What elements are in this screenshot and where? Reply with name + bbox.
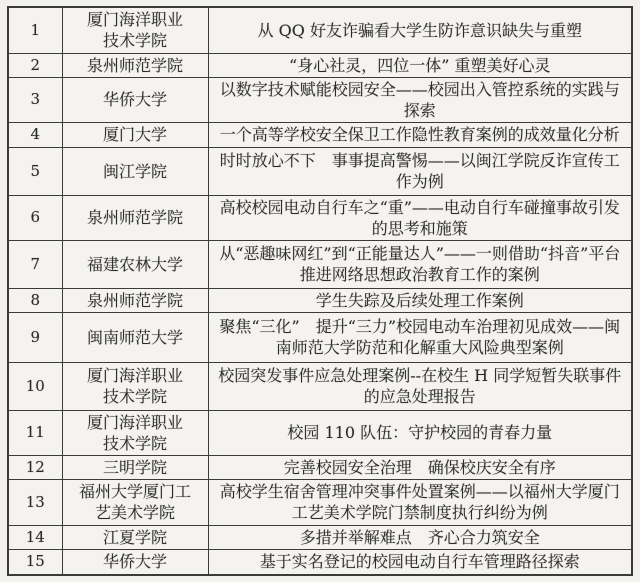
school-name: 厦门大学 — [62, 122, 208, 147]
document-page: 1 厦门海洋职业 技术学院 从 QQ 好友诈骗看大学生防诈意识缺失与重塑 2 泉… — [0, 0, 640, 582]
case-title: 校园突发事件应急处理案例--在校生 H 同学短暂失联事件的应急处理报告 — [208, 362, 632, 410]
row-number: 15 — [8, 549, 62, 575]
row-number: 1 — [8, 7, 62, 53]
row-number: 11 — [8, 410, 62, 455]
school-name: 华侨大学 — [62, 77, 208, 122]
table-row: 10 厦门海洋职业 技术学院 校园突发事件应急处理案例--在校生 H 同学短暂失… — [8, 362, 632, 410]
table-row: 5 闽江学院 时时放心不下 事事提高警惕——以闽江学院反诈宣传工作为例 — [8, 147, 632, 195]
table-row: 2 泉州师范学院 “身心社灵，四位一体” 重塑美好心灵 — [8, 53, 632, 77]
row-number: 10 — [8, 362, 62, 410]
case-title: “身心社灵，四位一体” 重塑美好心灵 — [208, 53, 632, 77]
case-title: 以数字技术赋能校园安全——校园出入管控系统的实践与探索 — [208, 77, 632, 122]
row-number: 2 — [8, 53, 62, 77]
case-list-table: 1 厦门海洋职业 技术学院 从 QQ 好友诈骗看大学生防诈意识缺失与重塑 2 泉… — [7, 6, 633, 576]
school-name: 江夏学院 — [62, 525, 208, 549]
row-number: 12 — [8, 455, 62, 479]
row-number: 4 — [8, 122, 62, 147]
school-name: 泉州师范学院 — [62, 53, 208, 77]
table-row: 9 闽南师范大学 聚焦“三化” 提升“三力”校园电动车治理初见成效——闽南师范大… — [8, 312, 632, 362]
school-name: 福州大学厦门工 艺美术学院 — [62, 479, 208, 525]
case-title: 高校学生宿舍管理冲突事件处置案例——以福州大学厦门工艺美术学院门禁制度执行纠纷为… — [208, 479, 632, 525]
case-title: 高校校园电动自行车之“重”——电动自行车碰撞事故引发的思考和施策 — [208, 195, 632, 240]
school-name: 闽南师范大学 — [62, 312, 208, 362]
case-title: 从 QQ 好友诈骗看大学生防诈意识缺失与重塑 — [208, 7, 632, 53]
table-row: 4 厦门大学 一个高等学校安全保卫工作隐性教育案例的成效量化分析 — [8, 122, 632, 147]
table-row: 1 厦门海洋职业 技术学院 从 QQ 好友诈骗看大学生防诈意识缺失与重塑 — [8, 7, 632, 53]
row-number: 14 — [8, 525, 62, 549]
school-name: 泉州师范学院 — [62, 195, 208, 240]
case-title: 完善校园安全治理 确保校庆安全有序 — [208, 455, 632, 479]
row-number: 7 — [8, 240, 62, 288]
case-title: 一个高等学校安全保卫工作隐性教育案例的成效量化分析 — [208, 122, 632, 147]
table-row: 12 三明学院 完善校园安全治理 确保校庆安全有序 — [8, 455, 632, 479]
case-title: 基于实名登记的校园电动自行车管理路径探索 — [208, 549, 632, 575]
school-name: 厦门海洋职业 技术学院 — [62, 7, 208, 53]
table-row: 3 华侨大学 以数字技术赋能校园安全——校园出入管控系统的实践与探索 — [8, 77, 632, 122]
school-name: 泉州师范学院 — [62, 288, 208, 312]
school-name: 厦门海洋职业 技术学院 — [62, 410, 208, 455]
row-number: 6 — [8, 195, 62, 240]
row-number: 13 — [8, 479, 62, 525]
school-name: 华侨大学 — [62, 549, 208, 575]
table-row: 13 福州大学厦门工 艺美术学院 高校学生宿舍管理冲突事件处置案例——以福州大学… — [8, 479, 632, 525]
case-title: 时时放心不下 事事提高警惕——以闽江学院反诈宣传工作为例 — [208, 147, 632, 195]
school-name: 福建农林大学 — [62, 240, 208, 288]
table-row: 15 华侨大学 基于实名登记的校园电动自行车管理路径探索 — [8, 549, 632, 575]
row-number: 8 — [8, 288, 62, 312]
table-row: 7 福建农林大学 从“恶趣味网红”到“正能量达人”——一则借助“抖音”平台推进网… — [8, 240, 632, 288]
school-name: 厦门海洋职业 技术学院 — [62, 362, 208, 410]
case-title: 聚焦“三化” 提升“三力”校园电动车治理初见成效——闽南师范大学防范和化解重大风… — [208, 312, 632, 362]
table-row: 8 泉州师范学院 学生失踪及后续处理工作案例 — [8, 288, 632, 312]
case-title: 学生失踪及后续处理工作案例 — [208, 288, 632, 312]
school-name: 闽江学院 — [62, 147, 208, 195]
table-body: 1 厦门海洋职业 技术学院 从 QQ 好友诈骗看大学生防诈意识缺失与重塑 2 泉… — [8, 7, 632, 575]
table-row: 6 泉州师范学院 高校校园电动自行车之“重”——电动自行车碰撞事故引发的思考和施… — [8, 195, 632, 240]
row-number: 5 — [8, 147, 62, 195]
table-row: 14 江夏学院 多措并举解难点 齐心合力筑安全 — [8, 525, 632, 549]
row-number: 3 — [8, 77, 62, 122]
row-number: 9 — [8, 312, 62, 362]
case-title: 校园 110 队伍：守护校园的青春力量 — [208, 410, 632, 455]
table-row: 11 厦门海洋职业 技术学院 校园 110 队伍：守护校园的青春力量 — [8, 410, 632, 455]
case-title: 从“恶趣味网红”到“正能量达人”——一则借助“抖音”平台推进网络思想政治教育工作… — [208, 240, 632, 288]
case-title: 多措并举解难点 齐心合力筑安全 — [208, 525, 632, 549]
school-name: 三明学院 — [62, 455, 208, 479]
